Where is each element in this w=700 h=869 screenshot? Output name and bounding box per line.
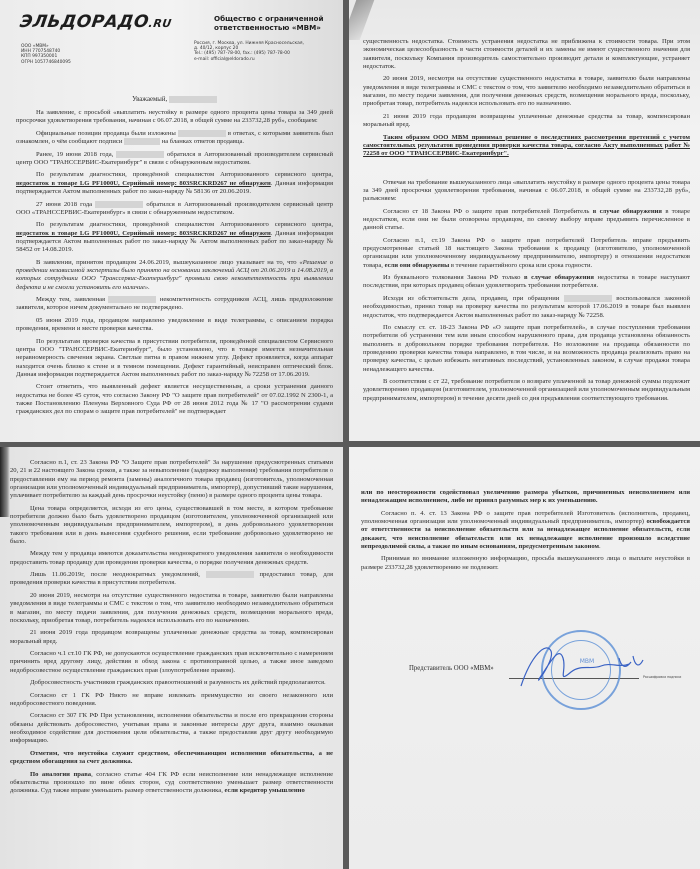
paragraph: 20 июня 2019, несмотря на отсутствие сущ…: [10, 592, 333, 625]
paragraph: 27 июня 2018 года обратился в Авторизова…: [16, 201, 333, 218]
paragraph: Принимая во внимание изложенную информац…: [361, 555, 690, 572]
redacted-name: [178, 130, 226, 137]
paragraph: Согласно ст 1 ГК РФ Никто не вправе извл…: [10, 692, 333, 709]
redacted-name: [564, 295, 612, 302]
paragraph: Стоит отметить, что выявленный дефект яв…: [16, 383, 333, 416]
letter-page-1: ЭЛЬДОРАДО.RU Общество с ограниченной отв…: [0, 0, 343, 442]
conclusion-paragraph: Таким образом ООО МВМ принимал решение о…: [363, 134, 690, 159]
paragraph: По результатам диагностики, проведённой …: [16, 171, 333, 196]
paragraph: Согласно ст 307 ГК РФ При установлении, …: [10, 712, 333, 745]
company-address: Россия, г. Москва, ул. Нижняя Красносель…: [194, 41, 304, 62]
paragraph: Отвечая на требование вышеуказанного лиц…: [363, 179, 690, 204]
paragraph: В заявлении, принятом продавцом 24.06.20…: [16, 259, 333, 292]
company-ids: ООО «МВМ»ИНН 7707548740КПП 997350001ОГРН…: [21, 44, 71, 65]
eldorado-logo: ЭЛЬДОРАДО.RU: [19, 12, 174, 32]
paragraph: По аналогии права, согласно статье 404 Г…: [10, 771, 333, 796]
handwritten-signature: [511, 636, 651, 696]
letter-page-2: существенность недостатка. Стоимость уст…: [349, 0, 700, 441]
paragraph: существенность недостатка. Стоимость уст…: [363, 38, 690, 71]
letterhead: ЭЛЬДОРАДО.RU Общество с ограниченной отв…: [16, 0, 333, 88]
paragraph: Лишь 11.06.2019г, после неоднократных ув…: [10, 571, 333, 588]
redacted-name: [124, 138, 160, 145]
paragraph: Согласно ст 18 Закона РФ о защите прав п…: [363, 208, 690, 233]
letter-page-4: или по неосторожности содействовал увели…: [349, 447, 700, 869]
paragraph: Согласно п.1, ст.19 Закона РФ о защите п…: [363, 237, 690, 270]
letter-page-3: Согласно п.1, ст. 23 Закона РФ "О Защите…: [0, 447, 343, 869]
paragraph: По результатам диагностики, проведённой …: [16, 221, 333, 254]
paragraph: Добросовестность участников гражданских …: [10, 679, 333, 687]
paragraph: или по неосторожности содействовал увели…: [361, 489, 690, 506]
signature-block: Представитель ООО «МВМ» Расшифровка подп…: [361, 602, 690, 712]
paragraph: Отметим, что неустойка служит средством,…: [10, 750, 333, 767]
paragraph: Между тем у продавца имеются доказательс…: [10, 550, 333, 567]
paragraph: Согласно ч.1 ст.10 ГК РФ, не допускаются…: [10, 650, 333, 675]
paragraph: 21 июня 2019 года продавцом возвращены у…: [10, 629, 333, 646]
paragraph: Между тем, заявленная некомпетентность с…: [16, 296, 333, 313]
greeting: Уважаемый,: [16, 96, 333, 103]
company-name: Общество с ограниченной ответственностью…: [214, 14, 324, 32]
paragraph: 20 июня 2019, несмотря на отсутствие сущ…: [363, 75, 690, 108]
paragraph: Исходя из обстоятельств дела, продавец, …: [363, 295, 690, 320]
signature-label: Представитель ООО «МВМ»: [409, 665, 494, 672]
paragraph: Согласно п. 4. ст. 13 Закона РФ о защите…: [361, 510, 690, 551]
redacted-name: [206, 571, 254, 578]
paragraph: Из буквального толкования Закона РФ толь…: [363, 274, 690, 291]
paragraph: 05 июня 2019 года, продавцом направлено …: [16, 317, 333, 334]
paragraph: Цена товара определяется, исходя из его …: [10, 505, 333, 546]
paragraph: По смыслу ст. ст. 18-23 Закона РФ «О защ…: [363, 324, 690, 374]
paragraph: В соответствии с ст 22, требование потре…: [363, 378, 690, 403]
redacted-name: [169, 96, 217, 103]
paragraph: По результатам проверки качества в прису…: [16, 338, 333, 379]
paragraph: На заявление, с просьбой «выплатить неус…: [16, 109, 333, 126]
redacted-name: [116, 151, 164, 158]
paragraph: Ранее, 19 июня 2018 года, обратился в Ав…: [16, 151, 333, 168]
redacted-name: [108, 296, 156, 303]
paragraph: Согласно п.1, ст. 23 Закона РФ "О Защите…: [10, 459, 333, 500]
paragraph: 21 июня 2019 года продавцом возвращены у…: [363, 113, 690, 130]
redacted-name: [95, 201, 143, 208]
paragraph: Официальные позиции продавца были изложе…: [16, 130, 333, 147]
